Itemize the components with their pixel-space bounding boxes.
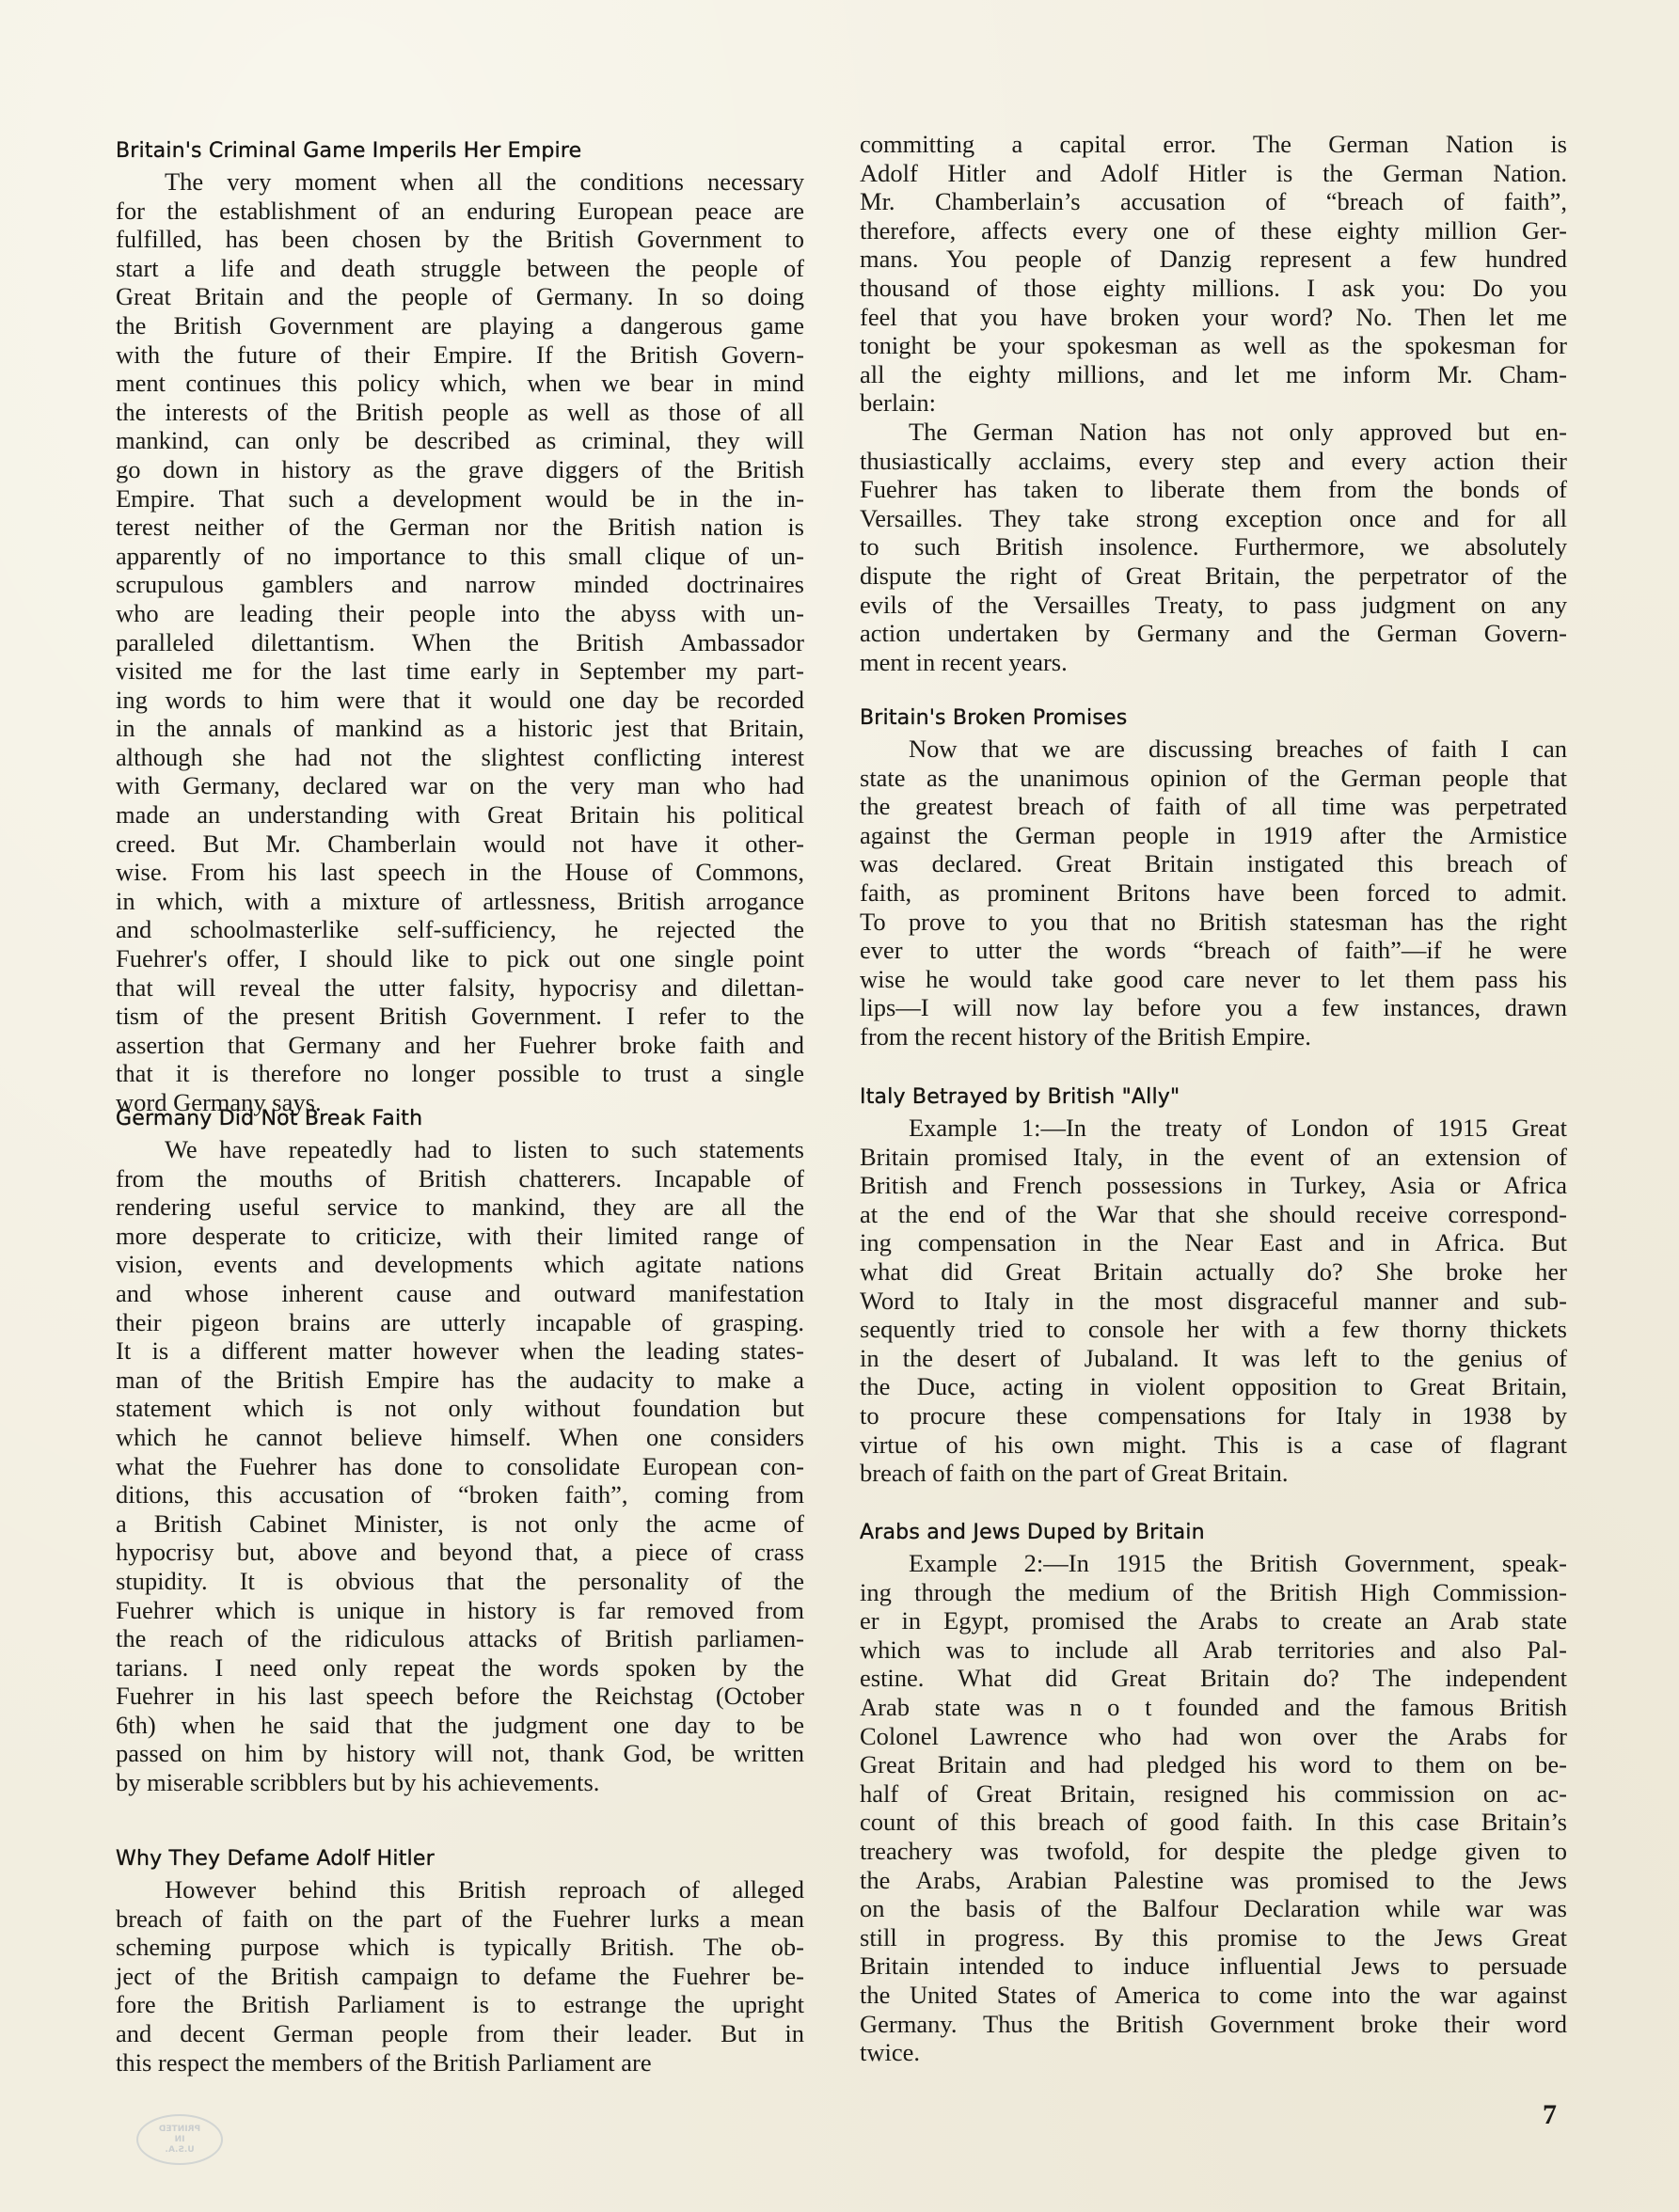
text-line: Adolf Hitler and Adolf Hitler is the Ger… bbox=[860, 159, 1567, 188]
page-number: 7 bbox=[1543, 2099, 1557, 2131]
text-line: terest neither of the German nor the Bri… bbox=[116, 513, 804, 542]
text-line: was declared. Great Britain instigated t… bbox=[860, 849, 1567, 878]
text-line: and whose inherent cause and outward man… bbox=[116, 1279, 804, 1308]
text-line: all the eighty millions, and let me info… bbox=[860, 360, 1567, 389]
text-line: from the mouths of British chatterers. I… bbox=[116, 1164, 804, 1193]
text-line: evils of the Versailles Treaty, to pass … bbox=[860, 591, 1567, 620]
text-line: stupidity. It is obvious that the person… bbox=[116, 1567, 804, 1596]
text-line: statement which is not only without foun… bbox=[116, 1394, 804, 1423]
text-line: rendering useful service to mankind, the… bbox=[116, 1193, 804, 1222]
text-line: thusiastically acclaims, every step and … bbox=[860, 447, 1567, 476]
text-line: Great Britain and had pledged his word t… bbox=[860, 1750, 1567, 1779]
text-line: Colonel Lawrence who had won over the Ar… bbox=[860, 1722, 1567, 1751]
text-line: thousand of those eighty millions. I ask… bbox=[860, 274, 1567, 303]
text-line: the greatest breach of faith of all time… bbox=[860, 792, 1567, 821]
text-line: therefore, affects every one of these ei… bbox=[860, 216, 1567, 245]
text-line: Empire. That such a development would be… bbox=[116, 484, 804, 513]
text-line: However behind this British reproach of … bbox=[116, 1875, 804, 1904]
text-line: passed on him by history will not, thank… bbox=[116, 1739, 804, 1768]
text-line: that it is therefore no longer possible … bbox=[116, 1059, 804, 1088]
text-line: Example 2:—In 1915 the British Governmen… bbox=[860, 1549, 1567, 1578]
text-line: faith, as prominent Britons have been fo… bbox=[860, 878, 1567, 908]
text-line: Mr. Chamberlain’s accusation of “breach … bbox=[860, 187, 1567, 216]
text-line: with Germany, declared war on the very m… bbox=[116, 771, 804, 800]
text-line: 6th) when he said that the judgment one … bbox=[116, 1711, 804, 1740]
text-line: Fuehrer which is unique in history is fa… bbox=[116, 1596, 804, 1625]
text-line: breach of faith on the part of the Fuehr… bbox=[116, 1904, 804, 1934]
text-line: the Arabs, Arabian Palestine was promise… bbox=[860, 1866, 1567, 1895]
text-line: against the German people in 1919 after … bbox=[860, 821, 1567, 850]
text-line: lips—I will now lay before you a few ins… bbox=[860, 993, 1567, 1022]
text-line: Fuehrer in his last speech before the Re… bbox=[116, 1682, 804, 1711]
text-line: ing words to him were that it would one … bbox=[116, 686, 804, 715]
text-line: ing compensation in the Near East and in… bbox=[860, 1228, 1567, 1257]
paragraph: We have repeatedly had to listen to such… bbox=[116, 1135, 804, 1797]
section-heading: Italy Betrayed by British "Ally" bbox=[860, 1083, 1567, 1114]
text-line: which was to include all Arab territorie… bbox=[860, 1635, 1567, 1665]
text-line: to such British insolence. Furthermore, … bbox=[860, 532, 1567, 561]
text-line: twice. bbox=[860, 2038, 1567, 2067]
stamp-line: U.S.A. bbox=[165, 2145, 194, 2156]
text-line: a British Cabinet Minister, is not only … bbox=[116, 1509, 804, 1539]
text-line: this respect the members of the British … bbox=[116, 2048, 804, 2078]
text-line: the Duce, acting in violent opposition t… bbox=[860, 1372, 1567, 1401]
text-line: creed. But Mr. Chamberlain would not hav… bbox=[116, 829, 804, 859]
text-line: vision, events and developments which ag… bbox=[116, 1250, 804, 1279]
text-line: in which, with a mixture of artlessness,… bbox=[116, 887, 804, 916]
text-line: tarians. I need only repeat the words sp… bbox=[116, 1653, 804, 1683]
text-line: Versailles. They take strong exception o… bbox=[860, 504, 1567, 533]
text-line: dispute the right of Great Britain, the … bbox=[860, 561, 1567, 591]
text-line: virtue of his own might. This is a case … bbox=[860, 1430, 1567, 1460]
text-line: scrupulous gamblers and narrow minded do… bbox=[116, 570, 804, 599]
paragraph: Now that we are discussing breaches of f… bbox=[860, 735, 1567, 1051]
article-section-did-not-break-faith: Germany Did Not Break FaithWe have repea… bbox=[116, 1105, 804, 1797]
text-line: estine. What did Great Britain do? The i… bbox=[860, 1664, 1567, 1693]
text-line: for the establishment of an enduring Eur… bbox=[116, 197, 804, 226]
paragraph: However behind this British reproach of … bbox=[116, 1875, 804, 2077]
text-line: on the basis of the Balfour Declaration … bbox=[860, 1894, 1567, 1923]
text-line: Germany. Thus the British Government bro… bbox=[860, 2010, 1567, 2039]
text-line: from the recent history of the British E… bbox=[860, 1022, 1567, 1051]
document-page: Britain's Criminal Game Imperils Her Emp… bbox=[0, 0, 1679, 2212]
article-section-criminal-game: Britain's Criminal Game Imperils Her Emp… bbox=[116, 137, 804, 1117]
stamp-line: PRINTED bbox=[159, 2125, 200, 2135]
text-line: The German Nation has not only approved … bbox=[860, 418, 1567, 447]
text-line: half of Great Britain, resigned his comm… bbox=[860, 1779, 1567, 1809]
text-line: We have repeatedly had to listen to such… bbox=[116, 1135, 804, 1164]
text-line: what did Great Britain actually do? She … bbox=[860, 1257, 1567, 1287]
text-line: committing a capital error. The German N… bbox=[860, 130, 1567, 159]
text-line: Britain intended to induce influential J… bbox=[860, 1951, 1567, 1981]
text-line: state as the unanimous opinion of the Ge… bbox=[860, 764, 1567, 793]
section-heading: Why They Defame Adolf Hitler bbox=[116, 1845, 804, 1875]
text-line: the interests of the British people as w… bbox=[116, 398, 804, 427]
section-heading: Germany Did Not Break Faith bbox=[116, 1105, 804, 1135]
text-line: Britain promised Italy, in the event of … bbox=[860, 1143, 1567, 1172]
text-line: apparently of no importance to this smal… bbox=[116, 542, 804, 571]
text-line: visited me for the last time early in Se… bbox=[116, 656, 804, 686]
text-line: fulfilled, has been chosen by the Britis… bbox=[116, 225, 804, 254]
article-section-continuation: committing a capital error. The German N… bbox=[860, 130, 1567, 676]
text-line: breach of faith on the part of Great Bri… bbox=[860, 1459, 1567, 1488]
text-line: start a life and death struggle between … bbox=[116, 254, 804, 283]
text-line: that will reveal the utter falsity, hypo… bbox=[116, 973, 804, 1003]
article-section-defame-hitler: Why They Defame Adolf HitlerHowever behi… bbox=[116, 1845, 804, 2077]
text-line: wise. From his last speech in the House … bbox=[116, 858, 804, 887]
text-line: in the annals of mankind as a historic j… bbox=[116, 714, 804, 743]
text-line: the British Government are playing a dan… bbox=[116, 311, 804, 340]
text-line: and schoolmasterlike self-sufficiency, h… bbox=[116, 915, 804, 944]
text-line: which he cannot believe himself. When on… bbox=[116, 1423, 804, 1452]
text-line: at the end of the War that she should re… bbox=[860, 1200, 1567, 1229]
text-line: tonight be your spokesman as well as the… bbox=[860, 331, 1567, 360]
text-line: Example 1:—In the treaty of London of 19… bbox=[860, 1114, 1567, 1143]
article-section-italy-betrayed: Italy Betrayed by British "Ally"Example … bbox=[860, 1083, 1567, 1488]
text-line: fore the British Parliament is to estran… bbox=[116, 1990, 804, 2019]
paragraph: committing a capital error. The German N… bbox=[860, 130, 1567, 418]
text-line: by miserable scribblers but by his achie… bbox=[116, 1768, 804, 1797]
text-line: go down in history as the grave diggers … bbox=[116, 455, 804, 484]
text-line: although she had not the slightest confl… bbox=[116, 743, 804, 772]
text-line: ing through the medium of the British Hi… bbox=[860, 1578, 1567, 1607]
text-line: tism of the present British Government. … bbox=[116, 1002, 804, 1031]
text-line: and decent German people from their lead… bbox=[116, 2019, 804, 2048]
paragraph: The very moment when all the conditions … bbox=[116, 167, 804, 1117]
paragraph: Example 2:—In 1915 the British Governmen… bbox=[860, 1549, 1567, 2067]
text-line: Fuehrer's offer, I should like to pick o… bbox=[116, 944, 804, 973]
text-line: the United States of America to come int… bbox=[860, 1981, 1567, 2010]
text-line: what the Fuehrer has done to consolidate… bbox=[116, 1452, 804, 1481]
text-line: It is a different matter however when th… bbox=[116, 1336, 804, 1366]
stamp-line: IN bbox=[175, 2135, 185, 2145]
article-section-arabs-jews: Arabs and Jews Duped by BritainExample 2… bbox=[860, 1519, 1567, 2067]
text-line: mankind, can only be described as crimin… bbox=[116, 426, 804, 455]
text-line: made an understanding with Great Britain… bbox=[116, 800, 804, 829]
text-line: scheming purpose which is typically Brit… bbox=[116, 1933, 804, 1962]
text-line: ever to utter the words “breach of faith… bbox=[860, 936, 1567, 965]
text-line: count of this breach of good faith. In t… bbox=[860, 1808, 1567, 1837]
text-line: in the desert of Jubaland. It was left t… bbox=[860, 1344, 1567, 1373]
text-line: Word to Italy in the most disgraceful ma… bbox=[860, 1287, 1567, 1316]
text-line: Now that we are discussing breaches of f… bbox=[860, 735, 1567, 764]
text-line: who are leading their people into the ab… bbox=[116, 599, 804, 628]
text-line: their pigeon brains are utterly incapabl… bbox=[116, 1308, 804, 1337]
text-line: er in Egypt, promised the Arabs to creat… bbox=[860, 1606, 1567, 1635]
text-line: still in progress. By this promise to th… bbox=[860, 1923, 1567, 1952]
text-line: berlain: bbox=[860, 388, 1567, 418]
paragraph: Example 1:—In the treaty of London of 19… bbox=[860, 1114, 1567, 1488]
article-section-broken-promises: Britain's Broken PromisesNow that we are… bbox=[860, 704, 1567, 1051]
section-heading: Britain's Criminal Game Imperils Her Emp… bbox=[116, 137, 804, 167]
text-line: British and French possessions in Turkey… bbox=[860, 1171, 1567, 1200]
text-line: mans. You people of Danzig represent a f… bbox=[860, 245, 1567, 274]
text-line: ment continues this policy which, when w… bbox=[116, 369, 804, 398]
text-line: to procure these compensations for Italy… bbox=[860, 1401, 1567, 1430]
text-line: man of the British Empire has the audaci… bbox=[116, 1366, 804, 1395]
text-line: action undertaken by Germany and the Ger… bbox=[860, 619, 1567, 648]
text-line: ment in recent years. bbox=[860, 648, 1567, 677]
text-line: To prove to you that no British statesma… bbox=[860, 908, 1567, 937]
text-line: feel that you have broken your word? No.… bbox=[860, 303, 1567, 332]
text-line: Arab state was n o t founded and the fam… bbox=[860, 1693, 1567, 1722]
text-line: wise he would take good care never to le… bbox=[860, 965, 1567, 994]
section-heading: Arabs and Jews Duped by Britain bbox=[860, 1519, 1567, 1549]
text-line: with the future of their Empire. If the … bbox=[116, 340, 804, 370]
text-line: assertion that Germany and her Fuehrer b… bbox=[116, 1031, 804, 1060]
paragraph: The German Nation has not only approved … bbox=[860, 418, 1567, 676]
text-line: ject of the British campaign to defame t… bbox=[116, 1962, 804, 1991]
text-line: Fuehrer has taken to liberate them from … bbox=[860, 475, 1567, 504]
section-heading: Britain's Broken Promises bbox=[860, 704, 1567, 735]
text-line: sequently tried to console her with a fe… bbox=[860, 1315, 1567, 1344]
text-line: treachery was twofold, for despite the p… bbox=[860, 1837, 1567, 1866]
text-line: The very moment when all the conditions … bbox=[116, 167, 804, 197]
text-line: hypocrisy but, above and beyond that, a … bbox=[116, 1538, 804, 1567]
printed-in-usa-stamp: PRINTED IN U.S.A. bbox=[136, 2114, 223, 2165]
text-line: paralleled dilettantism. When the Britis… bbox=[116, 628, 804, 657]
text-line: ditions, this accusation of “broken fait… bbox=[116, 1480, 804, 1509]
text-line: the reach of the ridiculous attacks of B… bbox=[116, 1624, 804, 1653]
text-line: more desperate to criticize, with their … bbox=[116, 1222, 804, 1251]
text-line: Great Britain and the people of Germany.… bbox=[116, 282, 804, 311]
